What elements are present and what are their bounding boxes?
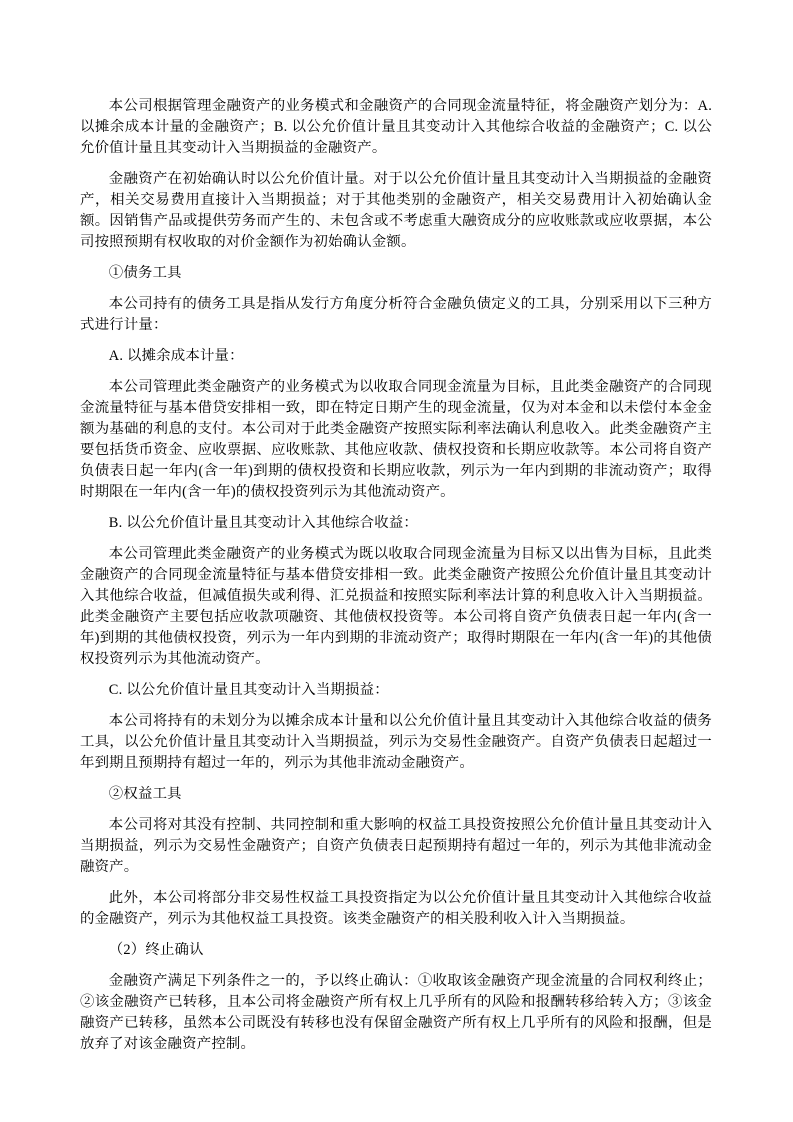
heading-fvoci: B. 以公允价值计量且其变动计入其他综合收益： xyxy=(80,513,712,534)
paragraph-classification: 本公司根据管理金融资产的业务模式和金融资产的合同现金流量特征，将金融资产划分为：… xyxy=(80,96,712,159)
heading-fvtpl: C. 以公允价值计量且其变动计入当期损益： xyxy=(80,680,712,701)
heading-derecognition: （2）终止确认 xyxy=(80,940,712,961)
paragraph-initial-measurement: 金融资产在初始确认时以公允价值计量。对于以公允价值计量且其变动计入当期损益的金融… xyxy=(80,169,712,253)
heading-equity-instruments: ②权益工具 xyxy=(80,784,712,805)
paragraph-amortized-cost: 本公司管理此类金融资产的业务模式为以收取合同现金流量为目标，且此类金融资产的合同… xyxy=(80,377,712,503)
paragraph-designated-equity: 此外，本公司将部分非交易性权益工具投资指定为以公允价值计量且其变动计入其他综合收… xyxy=(80,888,712,930)
document-page: 本公司根据管理金融资产的业务模式和金融资产的合同现金流量特征，将金融资产划分为：… xyxy=(0,0,793,1122)
heading-debt-instruments: ①债务工具 xyxy=(80,263,712,284)
paragraph-debt-instruments-intro: 本公司持有的债务工具是指从发行方角度分析符合金融负债定义的工具，分别采用以下三种… xyxy=(80,294,712,336)
paragraph-equity-instruments: 本公司将对其没有控制、共同控制和重大影响的权益工具投资按照公允价值计量且其变动计… xyxy=(80,815,712,878)
paragraph-fvoci: 本公司管理此类金融资产的业务模式为既以收取合同现金流量为目标又以出售为目标，且此… xyxy=(80,544,712,670)
paragraph-fvtpl: 本公司将持有的未划分为以摊余成本计量和以公允价值计量且其变动计入其他综合收益的债… xyxy=(80,711,712,774)
heading-amortized-cost: A. 以摊余成本计量： xyxy=(80,346,712,367)
paragraph-derecognition: 金融资产满足下列条件之一的，予以终止确认：①收取该金融资产现金流量的合同权利终止… xyxy=(80,971,712,1055)
